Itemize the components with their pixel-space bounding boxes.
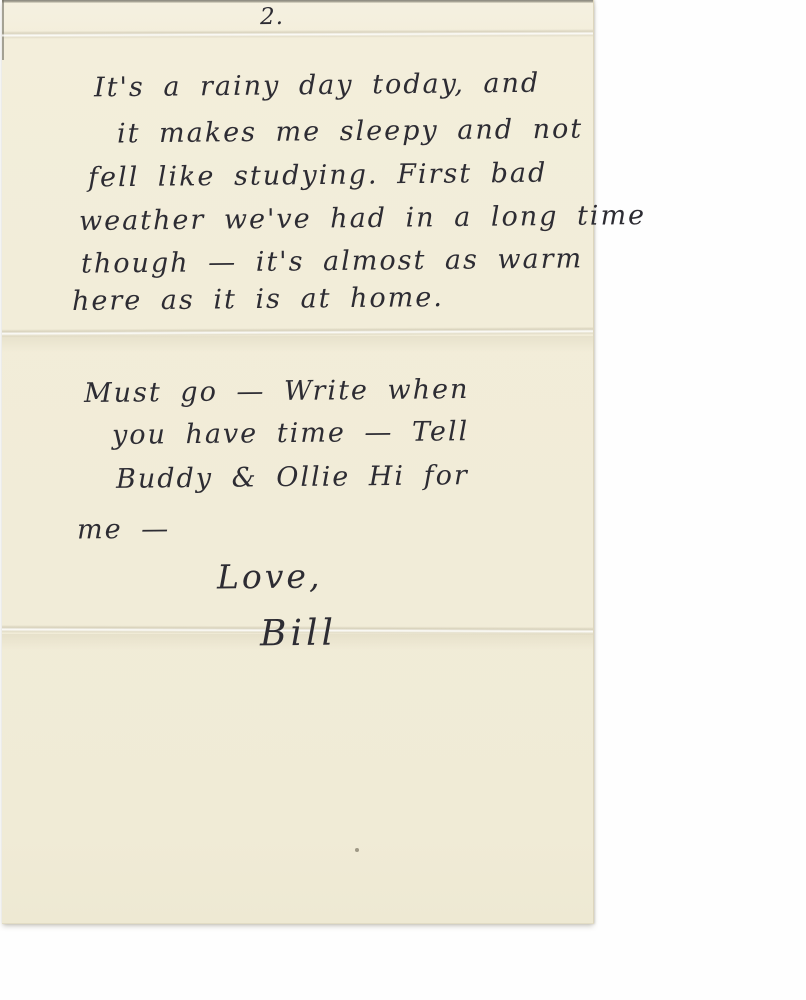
page-number: 2. <box>260 6 284 29</box>
fold-crease-top <box>2 29 593 39</box>
ink-speck <box>355 848 359 852</box>
valediction: Love, <box>217 559 323 593</box>
letter-page: 2. It's a rainy day today, and it makes … <box>2 0 594 924</box>
scan-left-edge <box>2 0 4 60</box>
fold-crease-middle-shadow <box>2 336 593 352</box>
letter-line: here as it is at home. <box>72 284 444 315</box>
signature: Bill <box>260 616 337 653</box>
letter-line: though — it's almost as warm <box>81 245 583 277</box>
scanner-background: 2. It's a rainy day today, and it makes … <box>0 0 806 1000</box>
letter-line: it makes me sleepy and not <box>117 116 583 148</box>
letter-line: Buddy & Ollie Hi for <box>116 462 469 493</box>
letter-line: me — <box>77 516 170 544</box>
letter-line: weather we've had in a long time <box>79 202 646 235</box>
scan-top-edge <box>2 0 593 3</box>
letter-line: It's a rainy day today, and <box>94 70 540 102</box>
letter-line: fell like studying. First bad <box>88 160 548 192</box>
letter-line: you have time — Tell <box>112 418 469 449</box>
letter-line: Must go — Write when <box>84 376 470 407</box>
